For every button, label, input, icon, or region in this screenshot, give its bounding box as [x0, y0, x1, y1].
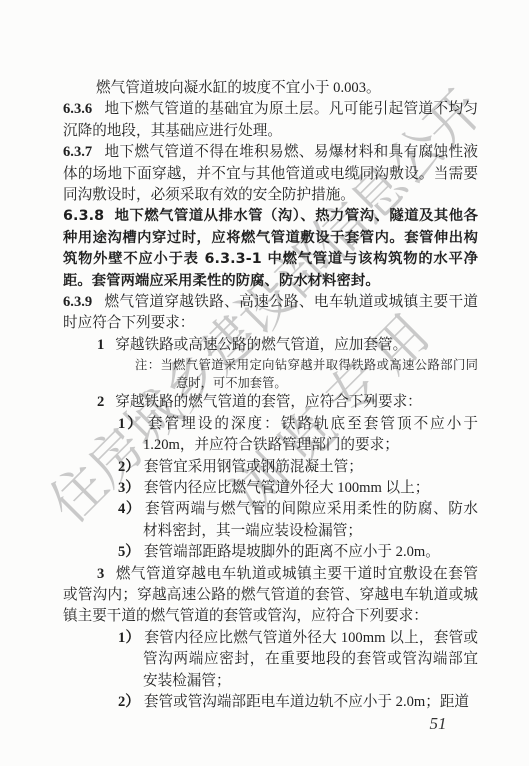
paragraph-text: 套管宜采用钢管或钢筋混凝土管； [144, 459, 363, 475]
subitem-3: 3）套管内径应比燃气管道外径大 100mm 以上； [118, 478, 478, 499]
subitem-5: 5）套管端部距路堤坡脚外的距离不应小于 2.0m。 [118, 542, 478, 563]
scanned-page: 住房城乡建设部信息公开 浏览专用 燃气管道坡向凝水缸的坡度不宜小于 0.003。… [0, 0, 529, 766]
paragraph-text: 套管或管沟端部距电车道边轨不应小于 2.0m；距道 [144, 694, 469, 710]
item-number: 1 [97, 337, 104, 353]
page-number: 51 [408, 714, 468, 734]
item-number: 2 [97, 394, 104, 410]
subitem-1: 1）套管埋设的深度：铁路轨底至套管顶不应小于 1.20m，并应符合铁路管理部门的… [118, 414, 478, 457]
clause-6.3.6: 6.3.6地下燃气管道的基础宜为原土层。凡可能引起管道不均匀沉降的地段，其基础应… [63, 99, 478, 142]
item-number: 6.3.7 [63, 144, 92, 160]
paragraph-text: 穿越铁路或高速公路的燃气管道，应加套管。 [115, 337, 407, 353]
paragraph-text: 燃气管道坡向凝水缸的坡度不宜小于 0.003。 [96, 80, 381, 96]
item-number: 5） [118, 544, 140, 560]
item-3: 3燃气管道穿越电车轨道或城镇主要干道时宜敷设在套管或管沟内；穿越高速公路的燃气管… [63, 564, 478, 628]
paragraph-text: 套管埋设的深度：铁路轨底至套管顶不应小于 1.20m，并应符合铁路管理部门的要求… [143, 416, 478, 453]
paragraph-text: 当燃气管道采用定向钻穿越并取得铁路或高速公路部门同意时，可不加套管。 [160, 358, 478, 390]
plain-indent: 燃气管道坡向凝水缸的坡度不宜小于 0.003。 [63, 78, 478, 99]
paragraph-text: 燃气管道穿越铁路、高速公路、电车轨道或城镇主要干道时应符合下列要求： [63, 294, 478, 331]
note-label: 注： [135, 358, 160, 372]
subitem-4: 4）套管两端与燃气管的间隙应采用柔性的防腐、防水材料密封，其一端应装设检漏管； [118, 499, 478, 542]
paragraph-text: 地下燃气管道的基础宜为原土层。凡可能引起管道不均匀沉降的地段，其基础应进行处理。 [63, 101, 478, 138]
paragraph-text: 套管内径应比燃气管道外径大 100mm 以上； [144, 480, 429, 496]
paragraph-text: 地下燃气管道从排水管（沟）、热力管沟、隧道及其他各种用途沟槽内穿过时，应将燃气管… [63, 208, 478, 288]
item-number: 3） [118, 480, 140, 496]
item-number: 2） [118, 694, 140, 710]
item-number: 6.3.8 [63, 208, 104, 224]
paragraph-text: 燃气管道穿越电车轨道或城镇主要干道时宜敷设在套管或管沟内；穿越高速公路的燃气管道… [63, 566, 478, 625]
item-number: 1） [118, 416, 144, 432]
page-content: 燃气管道坡向凝水缸的坡度不宜小于 0.003。6.3.6地下燃气管道的基础宜为原… [63, 78, 478, 713]
paragraph-text: 套管内径应比燃气管道外径大 100mm 以上，套管或管沟两端应密封，在重要地段的… [143, 630, 478, 689]
subitem-1: 1）套管内径应比燃气管道外径大 100mm 以上，套管或管沟两端应密封，在重要地… [118, 628, 478, 692]
paragraph-text: 套管端部距路堤坡脚外的距离不应小于 2.0m。 [144, 544, 440, 560]
clause-6.3.7: 6.3.7地下燃气管道不得在堆积易燃、易爆材料和具有腐蚀性液体的场地下面穿越，并… [63, 142, 478, 206]
subitem-2: 2）套管或管沟端部距电车道边轨不应小于 2.0m；距道 [118, 692, 478, 713]
paragraph-text: 套管两端与燃气管的间隙应采用柔性的防腐、防水材料密封，其一端应装设检漏管； [143, 501, 478, 538]
subitem-2: 2）套管宜采用钢管或钢筋混凝土管； [118, 457, 478, 478]
item-number: 1） [118, 630, 140, 646]
item-number: 4） [118, 501, 141, 517]
note: 注：当燃气管道采用定向钻穿越并取得铁路或高速公路部门同意时，可不加套管。 [135, 356, 478, 392]
item-number: 2） [118, 459, 140, 475]
item-2: 2穿越铁路的燃气管道的套管，应符合下列要求： [63, 392, 478, 413]
item-number: 6.3.6 [63, 101, 92, 117]
clause-6.3.9: 6.3.9燃气管道穿越铁路、高速公路、电车轨道或城镇主要干道时应符合下列要求： [63, 292, 478, 335]
item-1: 1穿越铁路或高速公路的燃气管道，应加套管。 [63, 335, 478, 356]
paragraph-text: 地下燃气管道不得在堆积易燃、易爆材料和具有腐蚀性液体的场地下面穿越，并不宜与其他… [63, 144, 478, 203]
item-number: 3 [97, 566, 104, 582]
paragraph-text: 穿越铁路的燃气管道的套管，应符合下列要求： [115, 394, 421, 410]
clause-bold-6.3.8: 6.3.8地下燃气管道从排水管（沟）、热力管沟、隧道及其他各种用途沟槽内穿过时，… [63, 206, 478, 292]
item-number: 6.3.9 [63, 294, 92, 310]
